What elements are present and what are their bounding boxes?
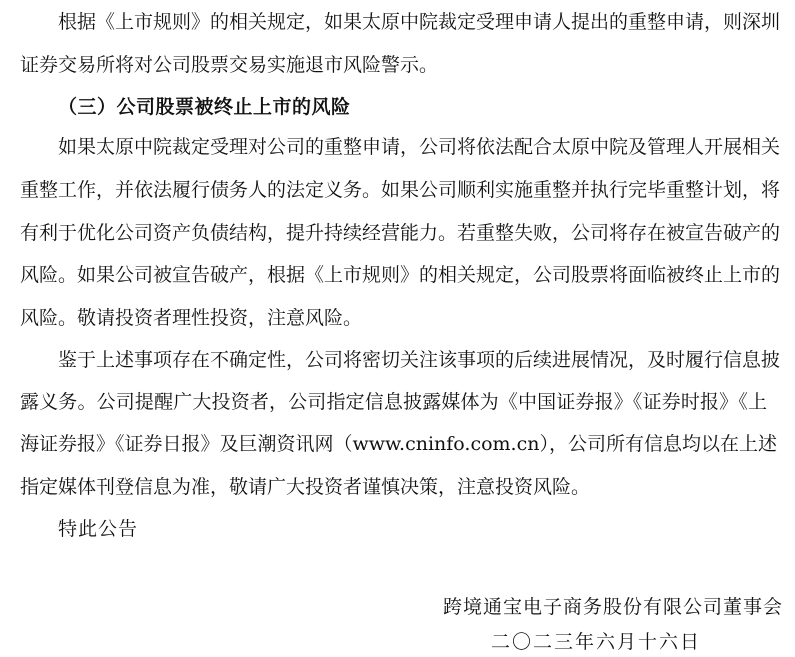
para2-line-4: 风险。如果公司被宣告破产，根据《上市规则》的相关规定，公司股票将面临被终止上市的 (20, 263, 767, 287)
para1-line-1: 根据《上市规则》的相关规定，如果太原中院裁定受理申请人提出的重整申请，则深圳 (58, 10, 767, 34)
para3-line-1: 鉴于上述事项存在不确定性，公司将密切关注该事项的后续进展情况，及时履行信息披 (58, 348, 767, 372)
para3-line-3: 海证券报》《证券日报》及巨潮资讯网（www.cninfo.com.cn），公司所… (20, 432, 767, 456)
para1-line-2: 证券交易所将对公司股票交易实施退市风险警示。 (20, 53, 767, 77)
section-heading-3: （三）公司股票被终止上市的风险 (58, 95, 351, 119)
para2-line-5: 风险。敬请投资者理性投资，注意风险。 (20, 306, 767, 330)
para2-line-1: 如果太原中院裁定受理对公司的重整申请，公司将依法配合太原中院及管理人开展相关 (58, 135, 767, 159)
para2-line-2: 重整工作，并依法履行债务人的法定义务。如果公司顺利实施重整并执行完毕重整计划，将 (20, 178, 767, 202)
para3-line-2: 露义务。公司提醒广大投资者，公司指定信息披露媒体为《中国证券报》《证券时报》《上 (20, 390, 767, 414)
closing-text: 特此公告 (58, 517, 138, 541)
signature-date: 二〇二三年六月十六日 (491, 630, 701, 654)
para3-line-4: 指定媒体刊登信息为准，敬请广大投资者谨慎决策，注意投资风险。 (20, 475, 767, 499)
signature-company: 跨境通宝电子商务股份有限公司董事会 (443, 595, 783, 619)
para2-line-3: 有利于优化公司资产负债结构，提升持续经营能力。若重整失败，公司将存在被宣告破产的 (20, 221, 767, 245)
